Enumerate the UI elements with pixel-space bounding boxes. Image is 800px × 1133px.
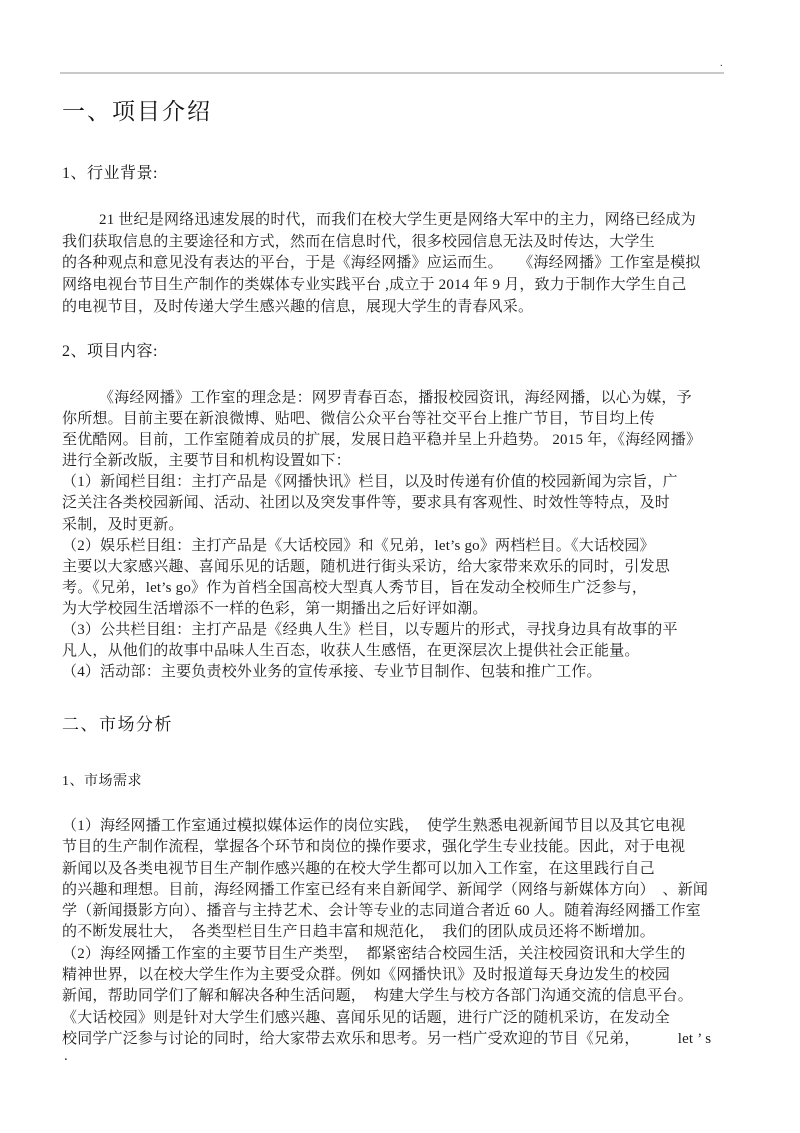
text-line: 的不断发展壮大， 各类型栏目生产日趋丰富和规范化， 我们的团队成员还将不断增加。 bbox=[62, 922, 752, 943]
text-line: 凡人，从他们的故事中品味人生百态，收获人生感悟，在更深层次上提供社会正能量。 bbox=[62, 641, 752, 662]
text-line: 你所想。目前主要在新浪微博、贴吧、微信公众平台等社交平台上推广节目，节目均上传 bbox=[62, 409, 752, 430]
text-line: 《大话校园》则是针对大学生们感兴趣、喜闻乐见的话题，进行广泛的随机采访，在发动全 bbox=[62, 1008, 752, 1029]
text-line: 考。《兄弟，let’s go》作为首档全国高校大型真人秀节目，旨在发动全校师生广… bbox=[62, 578, 752, 599]
text-line: （1）海经网播工作室通过模拟媒体运作的岗位实践， 使学生熟悉电视新闻节目以及其它… bbox=[62, 816, 752, 837]
page-bottom-mark: . bbox=[64, 1048, 68, 1065]
text-line: 采制，及时更新。 bbox=[62, 515, 752, 536]
subsection-industry-background-heading: 1、行业背景: bbox=[62, 160, 158, 183]
paragraph-project-content: 《海经网播》工作室的理念是：网罗青春百态，播报校园资讯，海经网播，以心为媒，予你… bbox=[62, 388, 752, 683]
section-2-heading: 二、市场分析 bbox=[62, 710, 173, 735]
text-line: 精神世界，以在校大学生作为主要受众群。例如《网播快讯》及时报道每天身边发生的校园 bbox=[62, 965, 752, 986]
text-line: （2）娱乐栏目组：主打产品是《大话校园》和《兄弟，let’s go》两档栏目。《… bbox=[62, 536, 752, 557]
page-corner-mark: . bbox=[720, 58, 723, 69]
text-line: 21 世纪是网络迅速发展的时代，而我们在校大学生更是网络大军中的主力，网络已经成… bbox=[62, 210, 752, 232]
text-line: 学（新闻摄影方向）、播音与主持艺术、会计等专业的志同道合者近 60 人。随着海经… bbox=[62, 901, 752, 922]
text-line: （1）新闻栏目组：主打产品是《网播快讯》栏目，以及时传递有价值的校园新闻为宗旨，… bbox=[62, 472, 752, 493]
document-page: . 一、项目介绍 1、行业背景: 21 世纪是网络迅速发展的时代，而我们在校大学… bbox=[0, 0, 800, 1133]
text-line: 节目的生产制作流程，掌握各个环节和岗位的操作要求，强化学生专业技能。因此，对于电… bbox=[62, 837, 752, 858]
text-line: 校同学广泛参与讨论的同时，给大家带去欢乐和思考。另一档广受欢迎的节目《兄弟， l… bbox=[62, 1029, 752, 1050]
text-line: 网络电视台节目生产制作的类媒体专业实践平台 ,成立于 2014 年 9 月，致力… bbox=[62, 275, 752, 297]
text-line: 《海经网播》工作室的理念是：网罗青春百态，播报校园资讯，海经网播，以心为媒，予 bbox=[62, 388, 752, 409]
text-line: 新闻，帮助同学们了解和解决各种生活问题， 构建大学生与校方各部门沟通交流的信息平… bbox=[62, 986, 752, 1007]
subsection-market-demand-heading: 1、市场需求 bbox=[62, 770, 142, 790]
text-line: 的兴趣和理想。目前，海经网播工作室已经有来自新闻学、新闻学（网络与新媒体方向） … bbox=[62, 880, 752, 901]
text-line: 的电视节目，及时传递大学生感兴趣的信息，展现大学生的青春风采。 bbox=[62, 297, 752, 319]
header-rule bbox=[60, 72, 724, 74]
text-line: （2）海经网播工作室的主要节目生产类型， 都紧密结合校园生活，关注校园资讯和大学… bbox=[62, 944, 752, 965]
text-line: 至优酷网。目前，工作室随着成员的扩展，发展日趋平稳并呈上升趋势。 2015 年，… bbox=[62, 430, 752, 451]
text-line: 主要以大家感兴趣、喜闻乐见的话题，随机进行街头采访，给大家带来欢乐的同时，引发思 bbox=[62, 557, 752, 578]
text-line: 进行全新改版，主要节目和机构设置如下： bbox=[62, 451, 752, 472]
text-line: 泛关注各类校园新闻、活动、社团以及突发事件等，要求具有客观性、时效性等特点，及时 bbox=[62, 493, 752, 514]
text-line: （4）活动部：主要负责校外业务的宣传承接、专业节目制作、包装和推广工作。 bbox=[62, 662, 752, 683]
section-1-heading: 一、项目介绍 bbox=[62, 93, 212, 126]
text-line: 我们获取信息的主要途径和方式，然而在信息时代，很多校园信息无法及时传达，大学生 bbox=[62, 232, 752, 254]
text-line: 为大学校园生活增添不一样的色彩，第一期播出之后好评如潮。 bbox=[62, 599, 752, 620]
text-line: 的各种观点和意见没有表达的平台，于是《海经网播》应运而生。 《海经网播》工作室是… bbox=[62, 253, 752, 275]
paragraph-market-demand: （1）海经网播工作室通过模拟媒体运作的岗位实践， 使学生熟悉电视新闻节目以及其它… bbox=[62, 816, 752, 1050]
text-line: 新闻以及各类电视节目生产制作感兴趣的在校大学生都可以加入工作室，在这里践行自己 bbox=[62, 859, 752, 880]
subsection-project-content-heading: 2、项目内容: bbox=[62, 338, 158, 361]
paragraph-industry-background: 21 世纪是网络迅速发展的时代，而我们在校大学生更是网络大军中的主力，网络已经成… bbox=[62, 210, 752, 319]
text-line: （3）公共栏目组：主打产品是《经典人生》栏目，以专题片的形式，寻找身边具有故事的… bbox=[62, 620, 752, 641]
